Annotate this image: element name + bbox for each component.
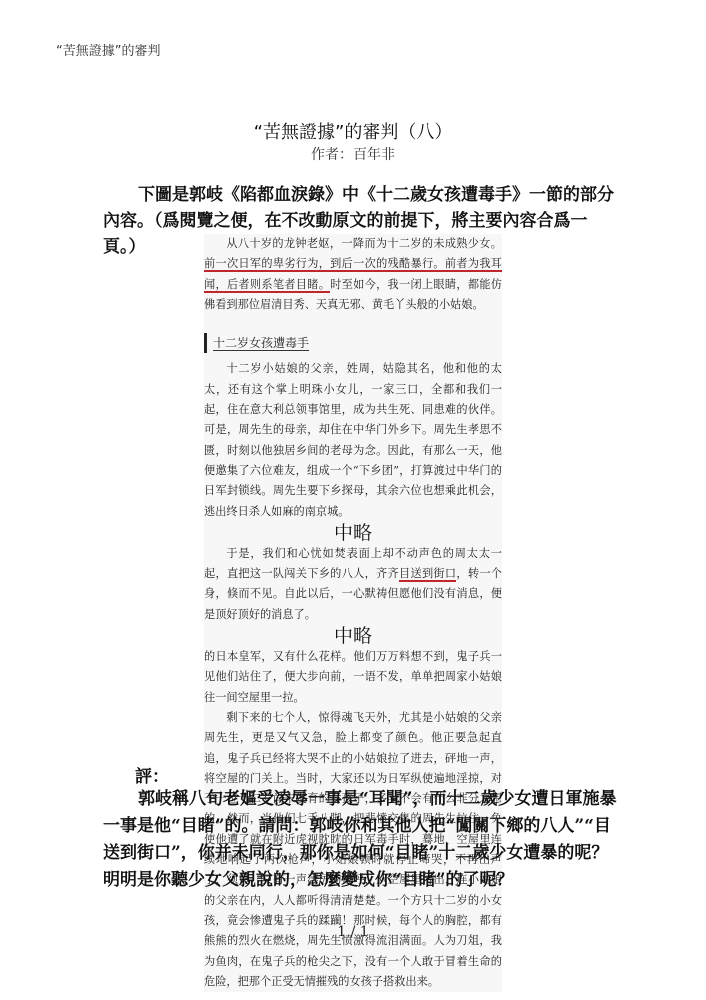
excerpt-paragraph-1: 从八十岁的龙钟老妪，一降而为十二岁的未成熟少女。前一次日军的卑劣行为，到后一次的…: [204, 234, 502, 315]
excerpt-paragraph-2: 十二岁小姑娘的父亲，姓周，姑隐其名，他和他的太太，还有这个掌上明珠小女儿，一家三…: [204, 359, 502, 521]
excerpt-paragraph-3: 于是，我们和心忧如焚表面上却不动声色的周太太一起，直把这一队闯关下乡的八人，齐齐…: [204, 544, 502, 625]
underlined-passage: 目送到街口: [399, 567, 456, 582]
author-line: 作者：百年非: [0, 144, 706, 164]
comment-label: 評：: [135, 762, 169, 787]
comment-paragraph: 郭岐稱八旬老嫗受凌辱一事是“耳聞”，而十二歲少女遭日軍施暴一事是他“目睹”的。請…: [103, 786, 621, 894]
omission-marker: 中略: [204, 625, 502, 647]
document-title: “苦無證據”的審判（八）: [0, 118, 706, 144]
section-heading: 十二岁女孩遭毒手: [204, 333, 309, 353]
page-number: 1 / 1: [0, 924, 706, 940]
underlined-passage: 前一次日军的卑劣行为，到后一次的残酷暴行。: [204, 257, 445, 272]
excerpt-paragraph-4: 的日本皇军，又有什么花样。他们万万料想不到，鬼子兵一见他们站住了，便大步向前，一…: [204, 647, 502, 708]
page-header: “苦無證據”的審判: [56, 40, 160, 59]
omission-marker: 中略: [204, 522, 502, 544]
